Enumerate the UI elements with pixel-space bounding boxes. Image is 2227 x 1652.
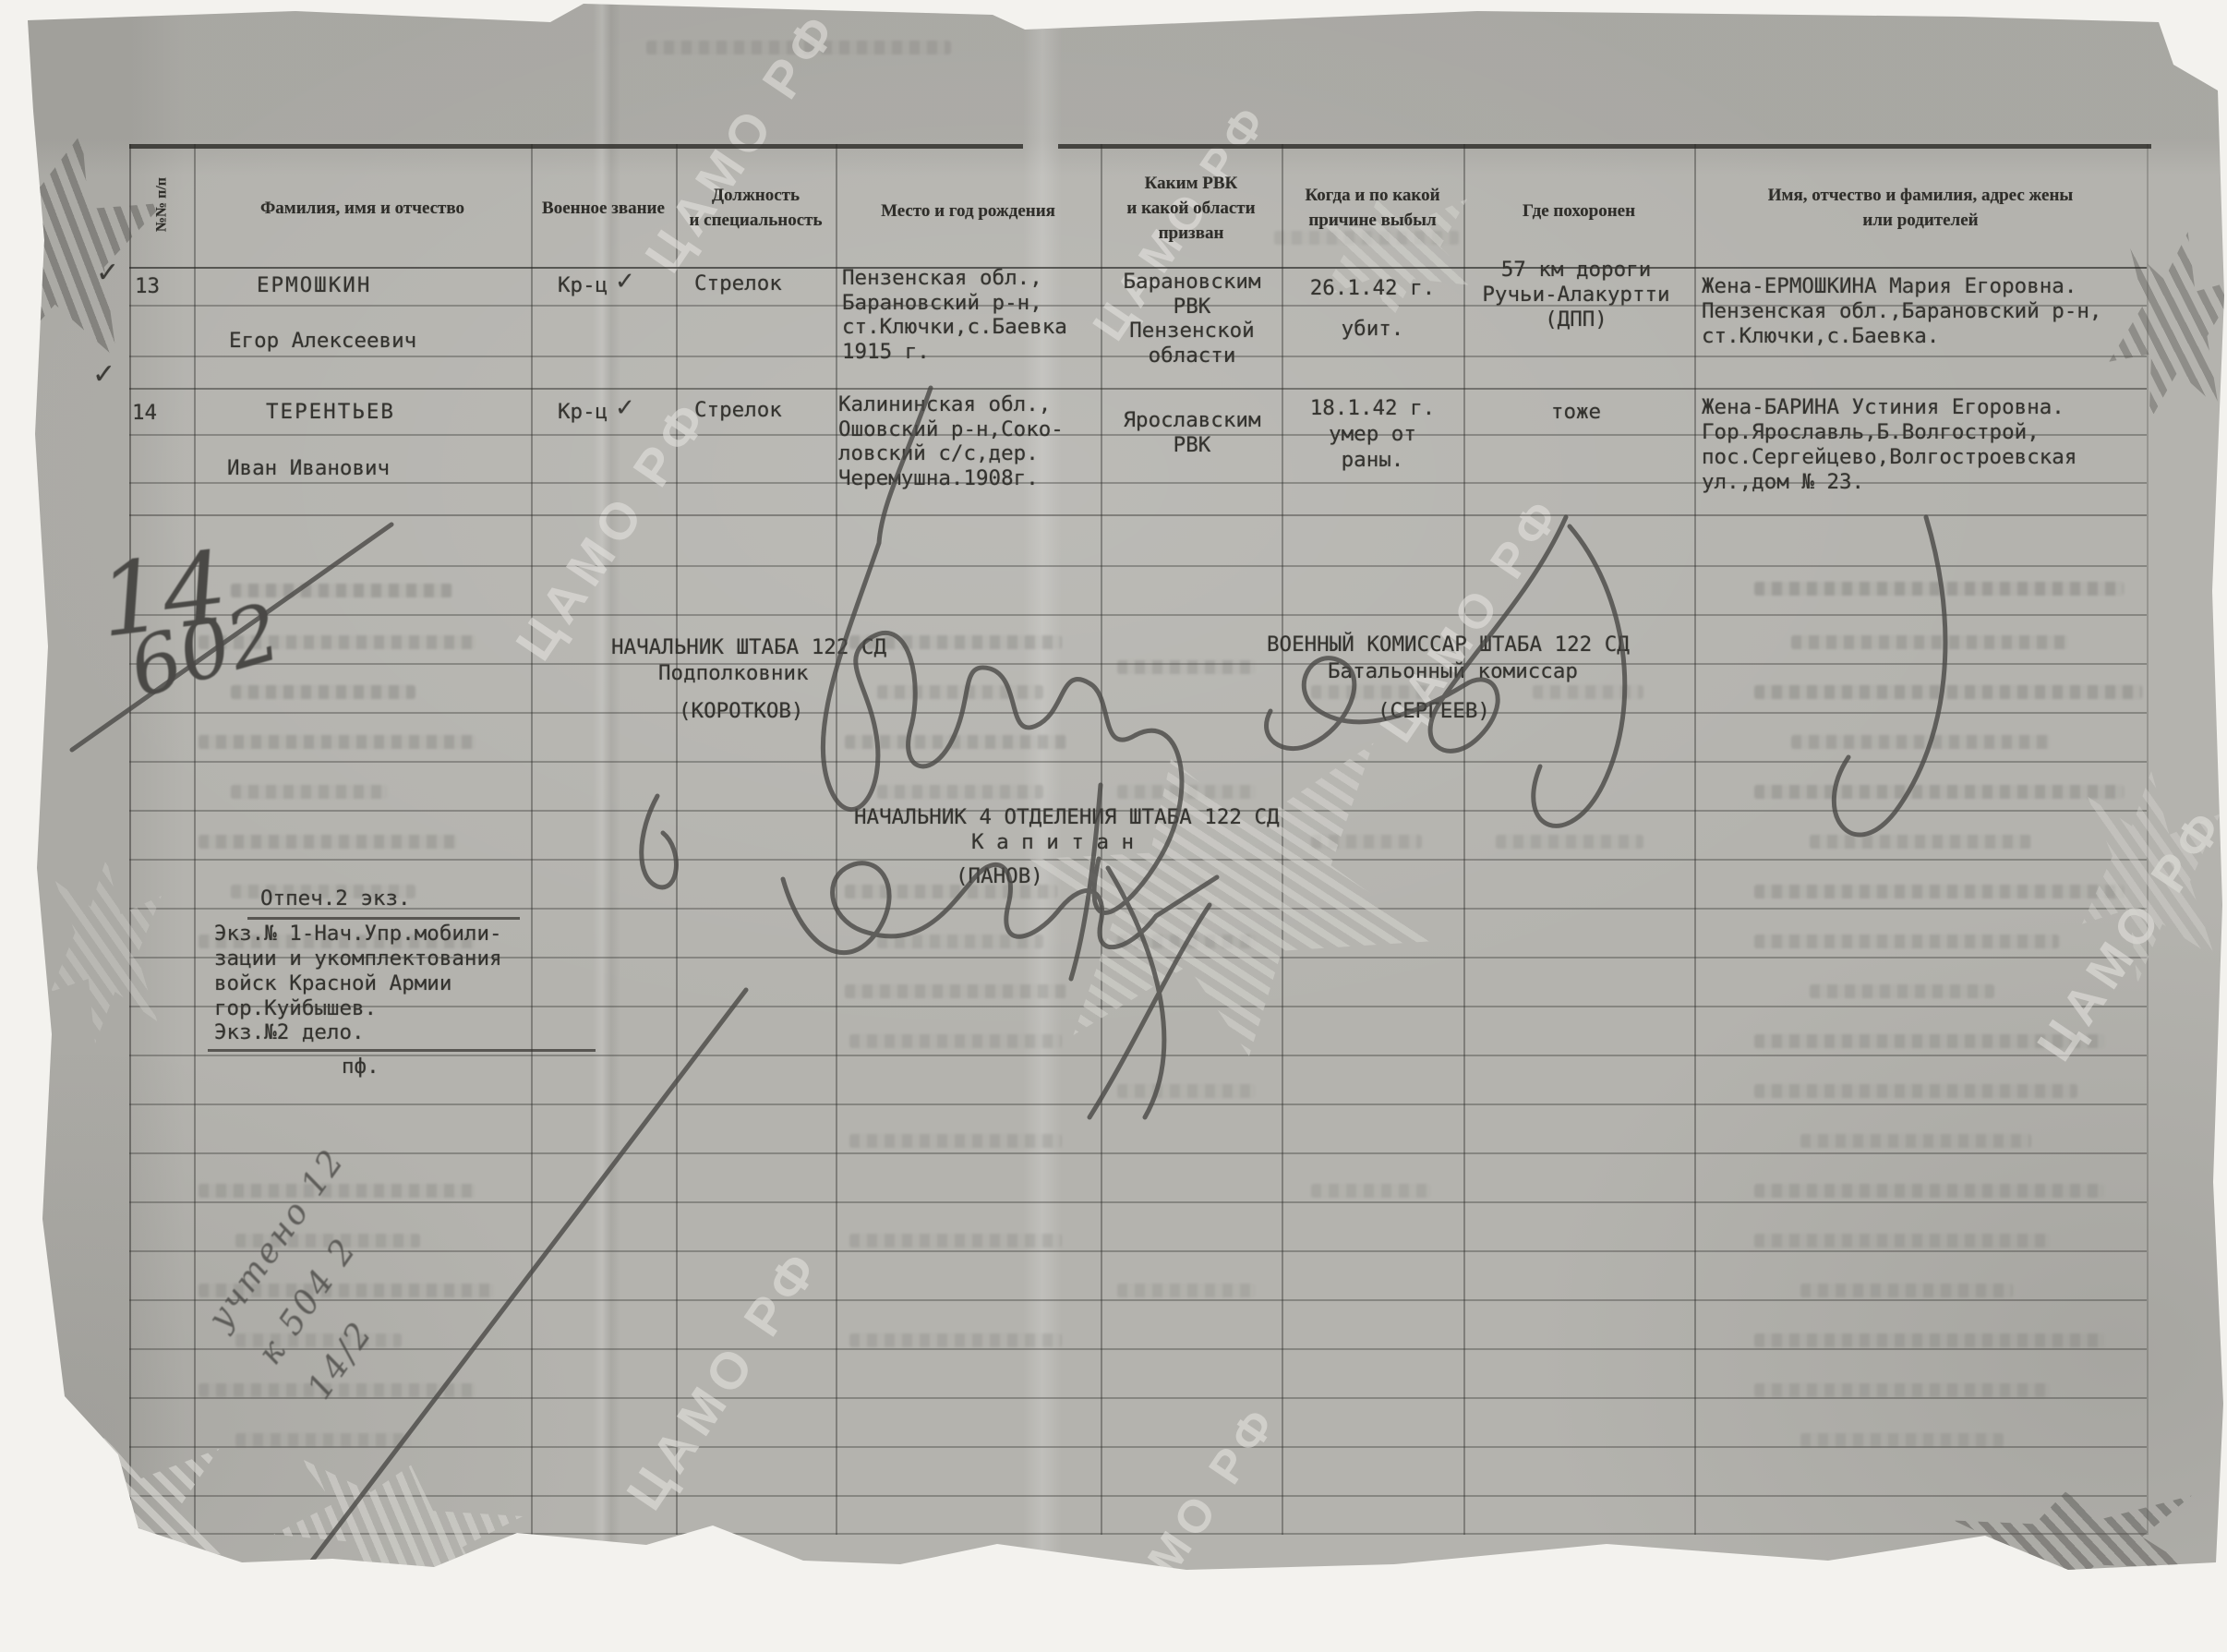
bleedthrough-smudge	[231, 685, 415, 699]
bleedthrough-smudge	[231, 785, 388, 799]
scan-background: ЦАМО РФЦАМО РФЦАМО РФЦАМО РФЦАМО РФЦАМО …	[0, 0, 2227, 1590]
column-divider	[676, 144, 678, 1535]
row-separator	[129, 514, 2147, 516]
memory-watermark-icon	[991, 686, 1464, 1114]
ruled-line	[129, 712, 2147, 714]
ruled-line	[129, 1495, 2147, 1497]
table-top-border	[129, 144, 1023, 149]
ruled-line	[129, 1103, 2147, 1105]
bleedthrough-smudge	[845, 735, 1066, 749]
ruled-line	[129, 614, 2147, 616]
bleedthrough-smudge	[199, 835, 457, 849]
signature2-name: (СЕРГЕЕВ)	[1378, 699, 1490, 724]
bleedthrough-smudge	[1754, 885, 2124, 898]
bleedthrough-smudge	[1117, 1084, 1256, 1098]
signature3-rank: К а п и т а н	[971, 830, 1134, 855]
margin-checkmark: ✓	[96, 257, 119, 289]
ruled-line	[129, 1533, 2147, 1535]
margin-checkmark: ✓	[92, 358, 115, 391]
bleedthrough-smudge	[877, 685, 1043, 699]
ruled-line	[129, 565, 2147, 567]
copies-note-body: Экз.№ 1-Нач.Упр.мобили- зации и укомплек…	[214, 922, 502, 1021]
bleedthrough-smudge	[1754, 1234, 2050, 1248]
cell-row13-position: Стрелок	[694, 271, 782, 296]
bleedthrough-smudge	[1754, 1184, 2105, 1198]
bleedthrough-smudge	[1800, 1134, 2031, 1148]
col-header-relatives: Имя, отчество и фамилия, адрес жены или …	[1696, 183, 2145, 233]
ruled-line	[129, 761, 2147, 763]
bleedthrough-smudge	[845, 984, 1066, 998]
rank-checkmark: ✓	[615, 394, 635, 422]
bleedthrough-smudge	[1117, 1284, 1256, 1297]
bleedthrough-smudge	[1311, 1184, 1431, 1198]
ruled-line	[129, 1348, 2147, 1350]
bleedthrough-smudge	[1791, 735, 2050, 749]
handwritten-note: учтено 12 к 504 2 14/2	[192, 1136, 463, 1414]
bleedthrough-smudge	[1496, 835, 1643, 849]
col-header-fate: Когда и по какой причине выбыл	[1283, 183, 1462, 233]
copies-note-file: Экз.№2 дело.	[214, 1020, 365, 1045]
cell-row13-fate: 26.1.42 г. убит.	[1287, 268, 1458, 349]
cell-row14-burial: тоже	[1461, 400, 1691, 425]
copies-note-initials: пф.	[342, 1055, 379, 1079]
memory-watermark-icon	[0, 109, 175, 389]
cell-row14-position: Стрелок	[694, 398, 782, 423]
cell-row14-name: Иван Иванович	[227, 456, 390, 481]
bleedthrough-smudge	[849, 1234, 1062, 1248]
cell-row13-rank: Кр-ц	[558, 273, 608, 298]
archive-watermark-text: ЦАМО РФ	[503, 387, 722, 671]
cell-row13-name: Егор Алексеевич	[229, 329, 416, 354]
table-top-border	[1058, 144, 2151, 149]
bleedthrough-smudge	[1754, 1084, 2077, 1098]
bleedthrough-smudge	[877, 935, 1043, 948]
bleedthrough-smudge	[1800, 1433, 2004, 1447]
signature1-rank: Подполковник	[658, 661, 809, 686]
col-header-position: Должность и специальность	[678, 183, 834, 233]
signature3-title: НАЧАЛЬНИК 4 ОТДЕЛЕНИЯ ШТАБА 122 СД	[854, 805, 1280, 830]
bleedthrough-smudge	[1311, 835, 1422, 849]
memory-watermark-icon	[51, 859, 162, 1043]
copies-note-underline	[247, 917, 520, 920]
bleedthrough-smudge	[1810, 984, 1994, 998]
bleedthrough-smudge	[1810, 835, 2031, 849]
col-header-burial: Где похоронен	[1465, 199, 1692, 223]
bleedthrough-smudge	[1754, 582, 2124, 596]
bleedthrough-smudge	[1274, 231, 1459, 245]
bleedthrough-smudge	[877, 785, 1043, 799]
memory-watermark-icon	[2082, 771, 2221, 983]
ruled-line	[129, 1152, 2147, 1154]
ruled-line	[129, 1299, 2147, 1301]
signature1-name: (КОРОТКОВ)	[679, 699, 803, 724]
ruled-line	[129, 1055, 2147, 1056]
ruled-line	[129, 1397, 2147, 1399]
signature-panov-ink	[1089, 868, 1210, 1117]
bleedthrough-smudge	[235, 1433, 411, 1447]
bleedthrough-smudge	[1754, 935, 2059, 948]
cell-row13-relatives: Жена-ЕРМОШКИНА Мария Егоровна. Пензенска…	[1702, 274, 2101, 349]
cell-row14-rank: Кр-ц	[558, 400, 608, 425]
col-header-rank: Военное звание	[533, 196, 674, 221]
col-header-name: Фамилия, имя и отчество	[203, 196, 522, 221]
bleedthrough-smudge	[1117, 935, 1256, 948]
cell-row13-surname: ЕРМОШКИН	[257, 273, 371, 298]
cell-row14-birthplace: Калининская обл., Ошовский р-н,Соко- лов…	[838, 392, 1064, 490]
bleedthrough-smudge	[1117, 660, 1256, 674]
ruled-line	[129, 859, 2147, 861]
cell-row14-rvk: Ярославским РВК	[1104, 408, 1280, 458]
bleedthrough-smudge	[1791, 635, 2068, 649]
column-divider	[129, 144, 131, 1535]
bleedthrough-smudge	[199, 735, 475, 749]
archive-watermark-text: ЦАМО РФ	[614, 1236, 833, 1521]
column-divider	[2147, 144, 2149, 1535]
cell-row13-num: 13	[135, 274, 160, 299]
bleedthrough-smudge	[1754, 685, 2142, 699]
memory-watermark-icon	[2101, 223, 2227, 432]
bleedthrough-smudge	[1311, 685, 1431, 699]
bleedthrough-smudge	[1754, 1333, 2105, 1347]
cell-row14-fate: 18.1.42 г. умер от раны.	[1287, 395, 1458, 473]
bleedthrough-smudge	[849, 1333, 1062, 1347]
cell-row13-burial: 57 км дороги Ручьи-Алакуртти (ДПП)	[1461, 258, 1691, 332]
document-page: ЦАМО РФЦАМО РФЦАМО РФЦАМО РФЦАМО РФЦАМО …	[0, 0, 2227, 1590]
rank-checkmark: ✓	[615, 268, 635, 295]
ruled-line	[129, 908, 2147, 910]
copies-note-underline	[208, 1049, 596, 1052]
bleedthrough-smudge	[849, 1034, 1062, 1048]
column-divider	[1282, 144, 1283, 1535]
header-bottom-border	[129, 267, 2147, 269]
ruled-line	[129, 1201, 2147, 1203]
cell-row14-relatives: Жена-БАРИНА Устиния Егоровна. Гор.Яросла…	[1702, 395, 2077, 495]
signature2-rank: Батальонный комиссар	[1328, 659, 1578, 684]
signature2-title: ВОЕННЫЙ КОМИССАР ШТАБА 122 СД	[1267, 633, 1630, 657]
cell-row13-rvk: Барановским РВК Пензенской области	[1104, 270, 1280, 368]
copies-note-title: Отпеч.2 экз.	[260, 886, 411, 911]
signature1-title: НАЧАЛЬНИК ШТАБА 122 СД	[611, 635, 886, 660]
col-header-num: №№ п/п	[150, 163, 175, 247]
column-divider	[1694, 144, 1696, 1535]
bleedthrough-smudge	[1533, 685, 1643, 699]
signature3-name: (ПАНОВ)	[956, 864, 1043, 889]
archive-watermark-text: ЦАМО РФ	[2026, 796, 2227, 1071]
memory-watermark-icon	[266, 1441, 528, 1590]
bleedthrough-smudge	[1800, 1284, 2013, 1297]
col-header-rvk: Каким РВК и какой области призван	[1102, 171, 1280, 246]
bleedthrough-smudge	[1754, 1034, 2105, 1048]
cell-row14-surname: ТЕРЕНТЬЕВ	[266, 400, 395, 425]
col-header-birthplace: Место и год рождения	[837, 199, 1099, 223]
bleedthrough-smudge	[1754, 785, 2124, 799]
bleedthrough-smudge	[849, 1134, 1062, 1148]
memory-watermark-icon	[0, 1417, 241, 1590]
row-separator	[129, 388, 2147, 390]
archive-watermark-text: ЦАМО РФ	[1091, 1393, 1290, 1590]
column-divider	[1463, 144, 1465, 1535]
bleedthrough-smudge	[646, 41, 951, 54]
cell-row13-birthplace: Пензенская обл., Барановский р-н, ст.Клю…	[842, 266, 1067, 364]
fold-crease	[593, 0, 620, 1590]
column-divider	[194, 144, 196, 1535]
bleedthrough-smudge	[1117, 785, 1256, 799]
cell-row14-num: 14	[132, 401, 157, 426]
bleedthrough-smudge	[1754, 1383, 2050, 1397]
column-divider	[836, 144, 837, 1535]
column-divider	[531, 144, 533, 1535]
